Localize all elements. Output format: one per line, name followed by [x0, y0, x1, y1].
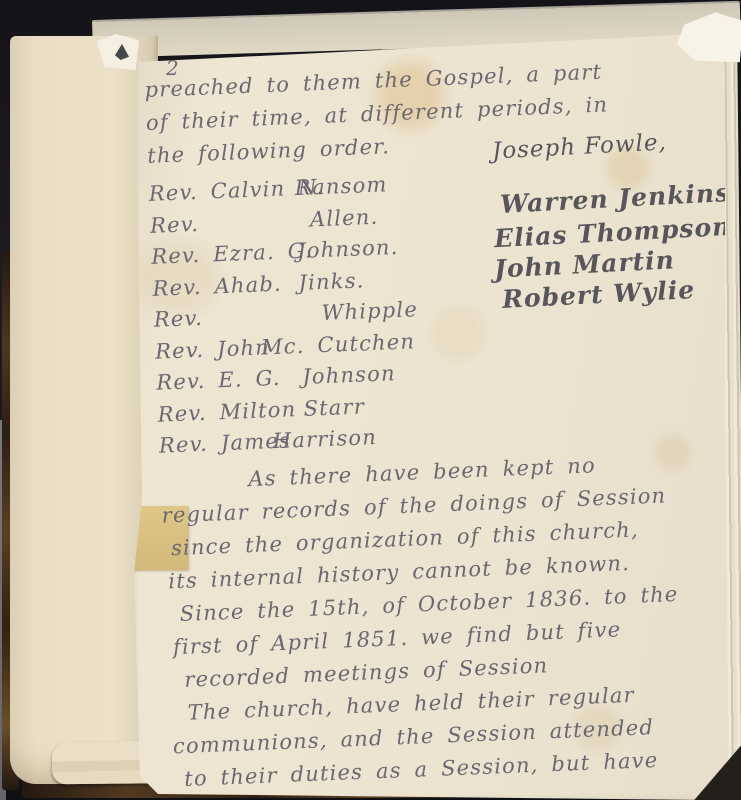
- clergy-surname: Harrison: [272, 422, 377, 458]
- facing-blank-page: [10, 36, 158, 784]
- handwritten-text: preached to them the Gospel, a part of t…: [144, 52, 725, 796]
- clergy-surname: Starr: [303, 391, 366, 425]
- clergy-surname: Johnson.: [297, 232, 400, 268]
- clergy-surname: Allen.: [309, 201, 379, 235]
- clergy-title-prefix: Rev. James: [158, 426, 273, 462]
- clergy-surname: Jinks.: [298, 265, 365, 299]
- photograph-of-open-record-book: 2 preached to them the Gospel, a part of…: [0, 0, 741, 800]
- opening-paragraph: preached to them the Gospel, a part of t…: [144, 52, 704, 173]
- clergy-surname: Ransom: [294, 169, 388, 204]
- session-record-paragraphs: As there have been kept noregular record…: [160, 444, 725, 796]
- clergy-surname: Whipple: [321, 294, 418, 329]
- clergy-surname: Johnson: [302, 358, 397, 393]
- clergy-title-prefix: Rev. John: [155, 332, 262, 368]
- clergy-list: Rev. Calvin N.RansomRev.Allen.Rev. Ezra.…: [148, 157, 715, 463]
- manuscript-page: 2 preached to them the Gospel, a part of…: [128, 28, 725, 800]
